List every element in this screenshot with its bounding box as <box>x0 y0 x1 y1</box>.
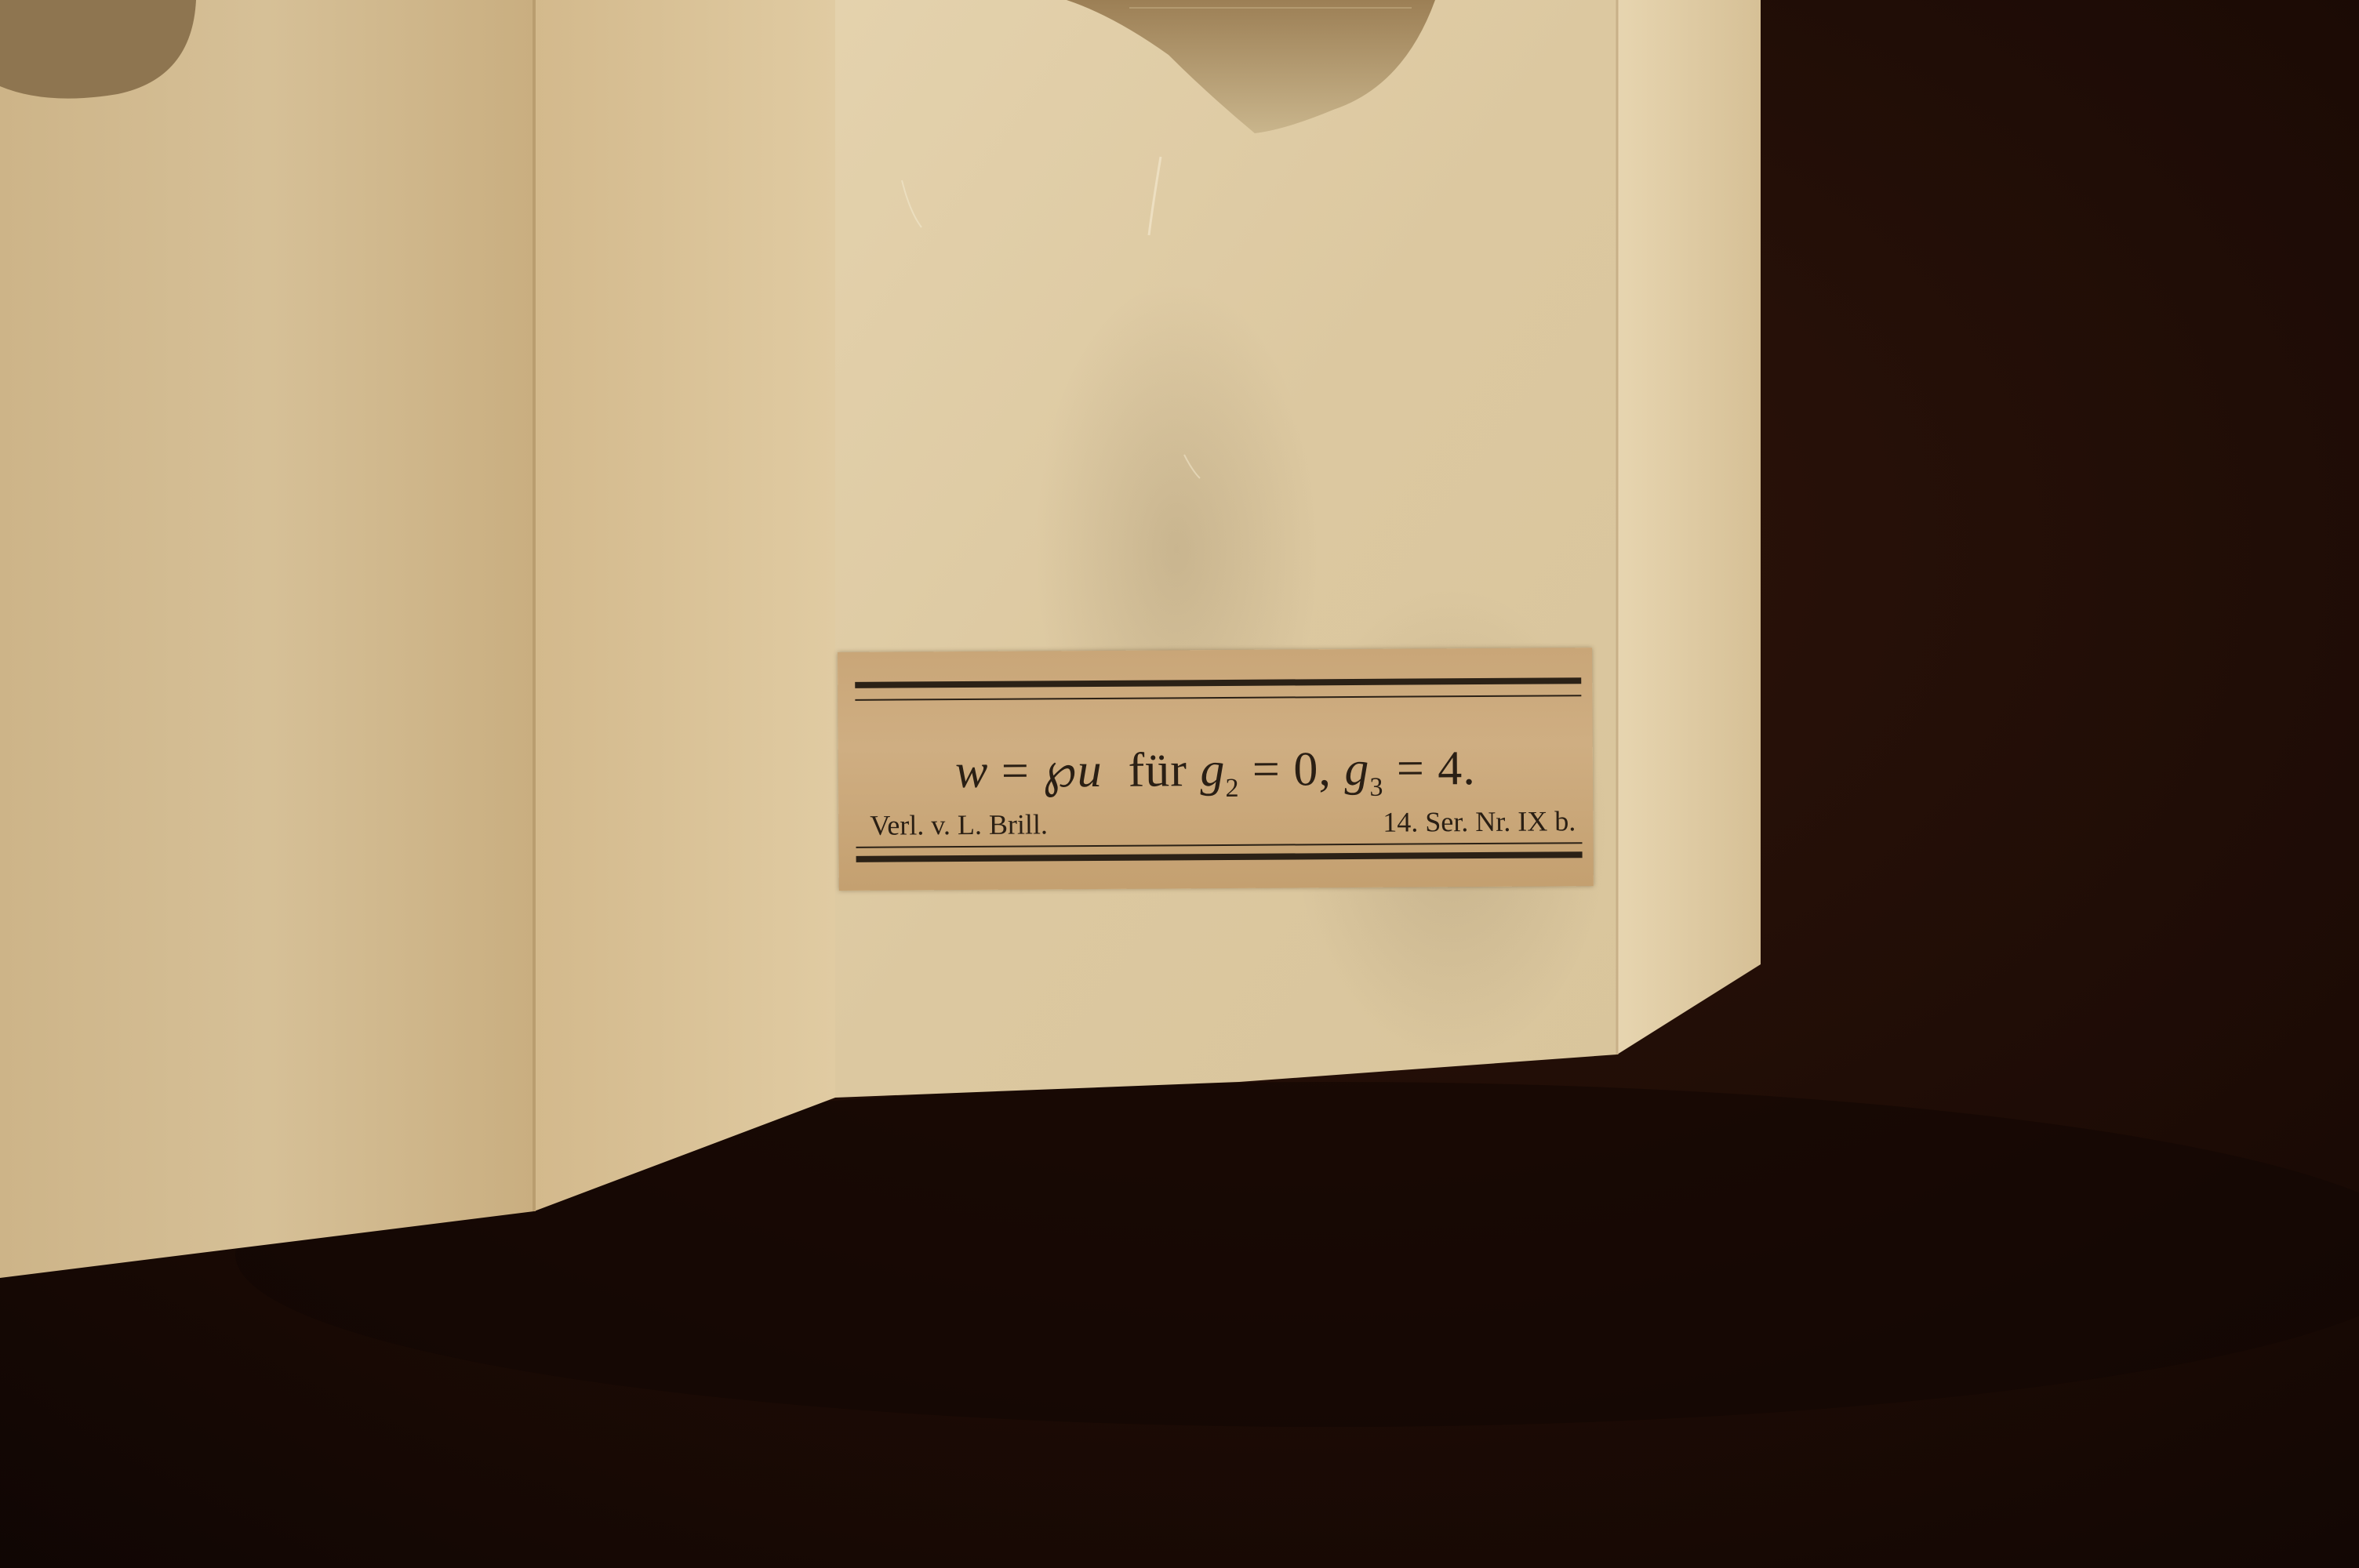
label-top-thin-rule <box>855 695 1581 701</box>
formula-g3-subscript: 3 <box>1369 773 1383 802</box>
formula-g3-value: = 4. <box>1383 742 1476 796</box>
left-block-front-face <box>0 0 534 1278</box>
formula-g3: g <box>1344 742 1369 796</box>
label-formula: w = ℘u für g2 = 0, g3 = 4. <box>838 738 1593 806</box>
label-bottom-thick-rule <box>856 851 1583 862</box>
formula-variable: u <box>1077 744 1102 797</box>
formula-lhs: w <box>955 745 989 798</box>
label-bottom-thin-rule <box>856 842 1583 848</box>
left-block-side-face <box>534 0 835 1211</box>
formula-g2: g <box>1200 743 1225 797</box>
formula-g2-subscript: 2 <box>1225 774 1239 803</box>
weierstrass-p-symbol: ℘ <box>1042 744 1078 797</box>
label-publisher: Verl. v. L. Brill. <box>870 808 1048 841</box>
formula-equals-1: = <box>988 744 1042 797</box>
label-series-number: 14. Ser. Nr. IX b. <box>1383 804 1576 839</box>
right-block-side-face <box>1617 0 1761 1054</box>
photo-scene: w = ℘u für g2 = 0, g3 = 4. Verl. v. L. B… <box>0 0 2359 1568</box>
formula-fuer: für <box>1128 743 1187 797</box>
model-label: w = ℘u für g2 = 0, g3 = 4. Verl. v. L. B… <box>838 648 1594 891</box>
formula-g2-value: = 0, <box>1239 742 1344 797</box>
label-top-thick-rule <box>855 677 1581 688</box>
